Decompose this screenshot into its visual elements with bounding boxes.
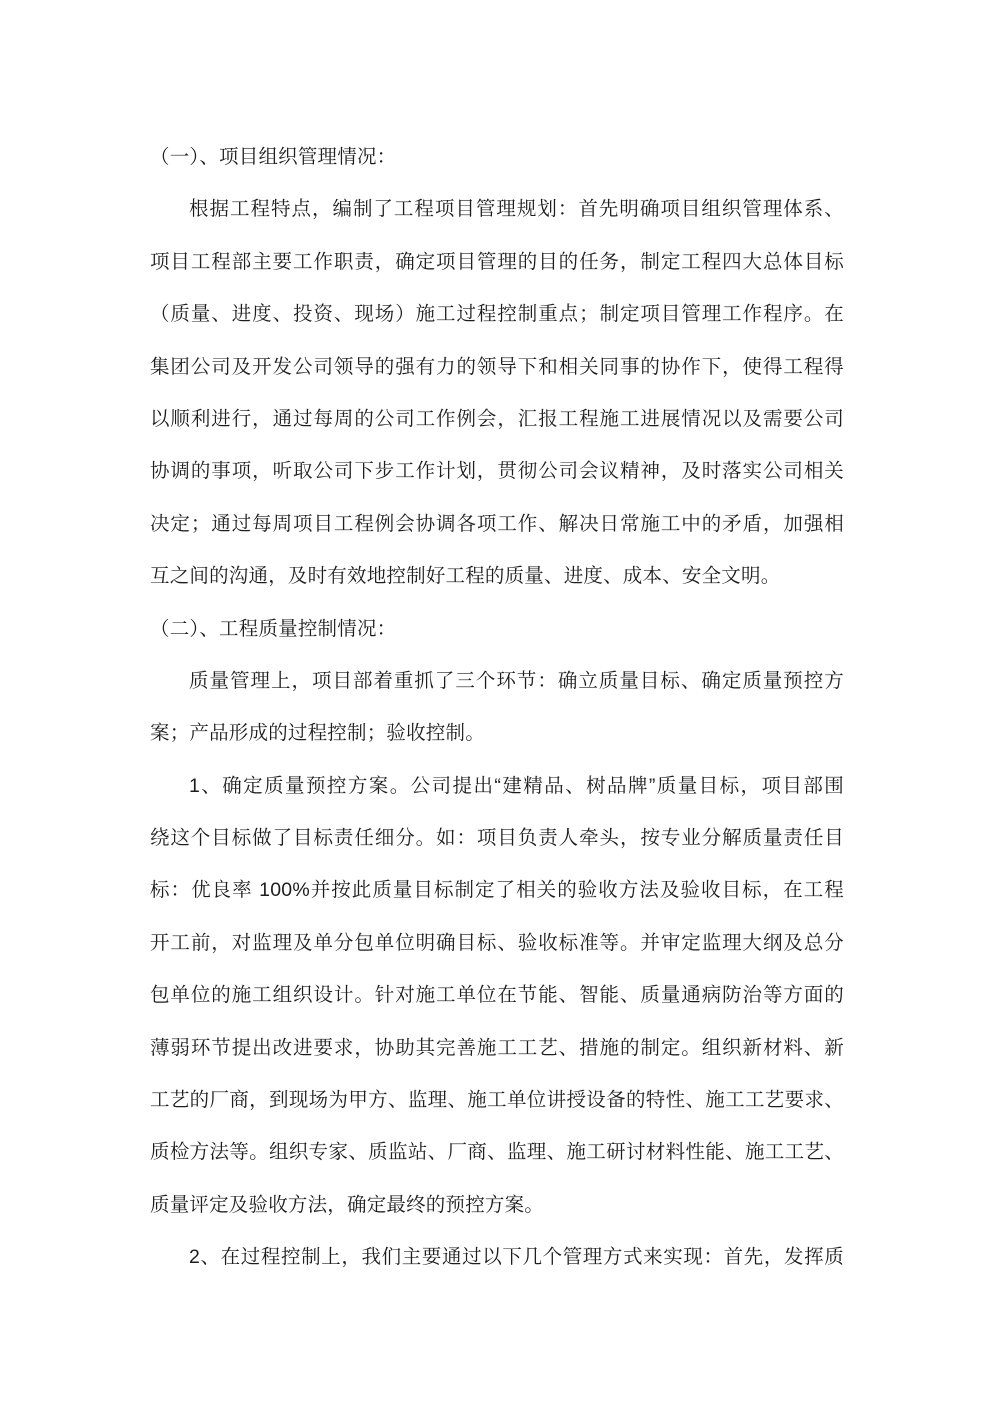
text-line: 2、在过程控制上，我们主要通过以下几个管理方式来实现：首先，发挥质 xyxy=(150,1231,844,1283)
text-line: 薄弱环节提出改进要求，协助其完善施工工艺、措施的制定。组织新材料、新 xyxy=(150,1022,844,1074)
text-line: 包单位的施工组织设计。针对施工单位在节能、智能、质量通病防治等方面的 xyxy=(150,969,844,1021)
text-line: （一）、项目组织管理情况： xyxy=(150,131,844,183)
text-line: 1、确定质量预控方案。公司提出“建精品、树品牌”质量目标，项目部围 xyxy=(150,760,844,812)
text-line: （质量、进度、投资、现场）施工过程控制重点；制定项目管理工作程序。在 xyxy=(150,288,844,340)
text-line: 案；产品形成的过程控制；验收控制。 xyxy=(150,707,844,759)
text-line: 标：优良率 100%并按此质量目标制定了相关的验收方法及验收目标，在工程 xyxy=(150,864,844,916)
text-line: 协调的事项，听取公司下步工作计划，贯彻公司会议精神，及时落实公司相关 xyxy=(150,445,844,497)
text-line: 质量管理上，项目部着重抓了三个环节：确立质量目标、确定质量预控方 xyxy=(150,655,844,707)
text-line: 互之间的沟通，及时有效地控制好工程的质量、进度、成本、安全文明。 xyxy=(150,550,844,602)
document-page: （一）、项目组织管理情况：根据工程特点，编制了工程项目管理规划：首先明确项目组织… xyxy=(0,0,1000,1415)
text-line: （二）、工程质量控制情况： xyxy=(150,603,844,655)
text-line: 集团公司及开发公司领导的强有力的领导下和相关同事的协作下，使得工程得 xyxy=(150,341,844,393)
document-body: （一）、项目组织管理情况：根据工程特点，编制了工程项目管理规划：首先明确项目组织… xyxy=(150,131,844,1284)
text-line: 开工前，对监理及单分包单位明确目标、验收标准等。并审定监理大纲及总分 xyxy=(150,917,844,969)
text-line: 质检方法等。组织专家、质监站、厂商、监理、施工研讨材料性能、施工工艺、 xyxy=(150,1126,844,1178)
text-line: 工艺的厂商，到现场为甲方、监理、施工单位讲授设备的特性、施工工艺要求、 xyxy=(150,1074,844,1126)
text-line: 质量评定及验收方法，确定最终的预控方案。 xyxy=(150,1179,844,1231)
text-line: 根据工程特点，编制了工程项目管理规划：首先明确项目组织管理体系、 xyxy=(150,183,844,235)
text-line: 绕这个目标做了目标责任细分。如：项目负责人牵头，按专业分解质量责任目 xyxy=(150,812,844,864)
text-line: 以顺利进行，通过每周的公司工作例会，汇报工程施工进展情况以及需要公司 xyxy=(150,393,844,445)
text-line: 项目工程部主要工作职责，确定项目管理的目的任务，制定工程四大总体目标 xyxy=(150,236,844,288)
text-line: 决定；通过每周项目工程例会协调各项工作、解决日常施工中的矛盾，加强相 xyxy=(150,498,844,550)
